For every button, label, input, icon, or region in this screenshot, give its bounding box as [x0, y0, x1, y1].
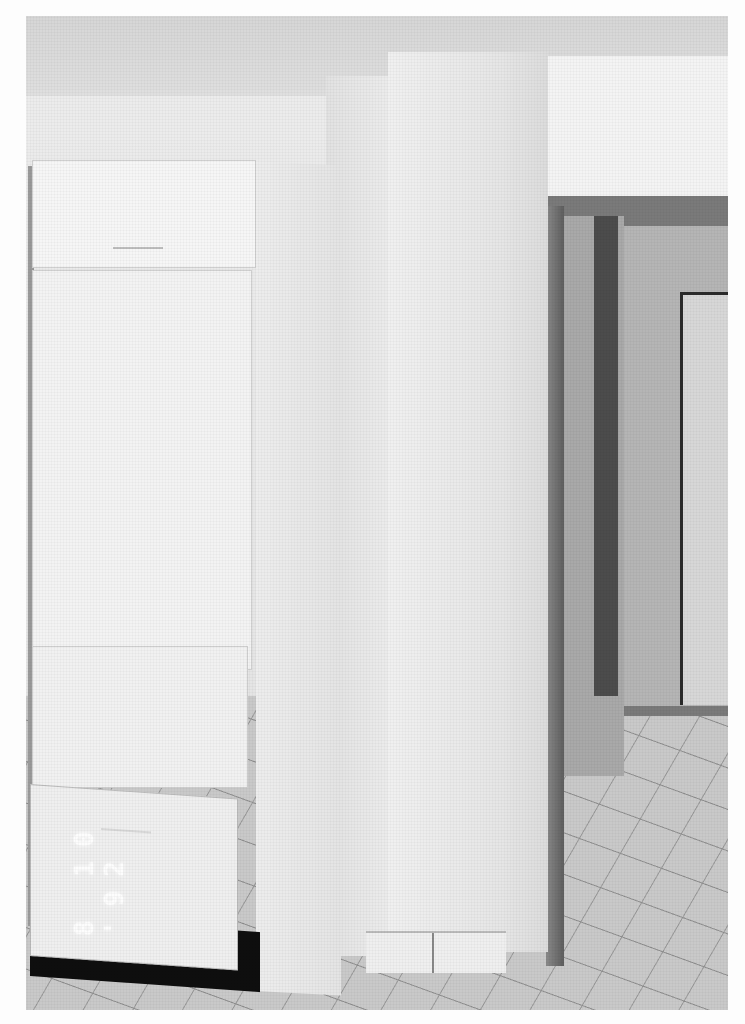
cabinet-drawer-open	[30, 784, 238, 971]
inner-room-shadow	[594, 216, 618, 696]
inner-doorway	[680, 292, 728, 705]
cabinet-side-panel	[256, 161, 341, 995]
tile-seam	[432, 933, 434, 973]
cabinet-handle	[113, 247, 163, 249]
pillar-base-tiles	[366, 931, 506, 973]
upper-wall-right	[546, 56, 728, 216]
cabinet-top-door	[32, 160, 256, 268]
date-stamp: 8 10 '92	[70, 736, 110, 936]
cabinet-main-door	[32, 270, 252, 670]
cabinet-drawer-upper	[32, 646, 248, 788]
photograph: 8 10 '92	[26, 16, 728, 1010]
door-jamb	[546, 206, 564, 966]
pillar-front-face	[388, 52, 548, 952]
